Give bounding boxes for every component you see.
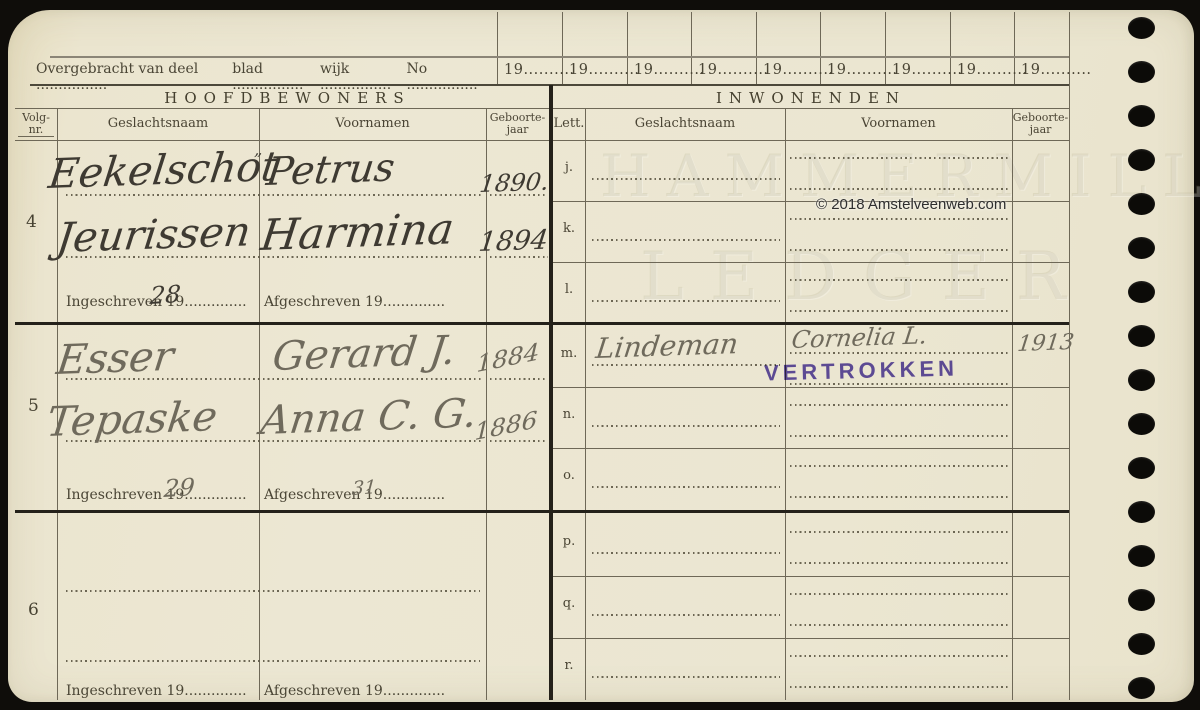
year-cell: 19.......... xyxy=(892,62,963,78)
surname-dotted-line xyxy=(592,614,780,616)
letter-label: n. xyxy=(556,407,582,422)
punch-hole xyxy=(1128,501,1155,523)
firstnames-dotted-line xyxy=(790,624,1008,626)
birthyear-handwritten: 1894 xyxy=(477,225,550,258)
surname-dotted-line xyxy=(592,425,780,427)
letter-label: q. xyxy=(556,596,582,611)
afgeschreven-line: Afgeschreven 19.............. xyxy=(264,683,445,699)
firstnames-dotted-line xyxy=(790,157,1008,159)
letter-label: k. xyxy=(556,221,582,236)
surname-dotted-line xyxy=(592,676,780,678)
year-cell: 19.......... xyxy=(504,62,575,78)
column-header-geboortejaar-right: Geboorte- jaar xyxy=(1012,112,1069,137)
column-line xyxy=(1012,108,1013,700)
year-cell: 19.......... xyxy=(1021,62,1092,78)
geboortejaar-line2: jaar xyxy=(486,124,549,136)
section-divider xyxy=(549,85,553,700)
ingeschreven-line: Ingeschreven 19.............. xyxy=(66,683,247,699)
afgeschreven-line: Afgeschreven 19.............. xyxy=(264,294,445,310)
column-header-geslachtsnaam-right: Geslachtsnaam xyxy=(585,117,785,132)
entry-dotted-line xyxy=(490,378,546,380)
year-cell: 19.......... xyxy=(827,62,898,78)
firstnames-dotted-line xyxy=(790,218,1008,220)
column-header-voornamen-right: Voornamen xyxy=(785,117,1012,132)
punch-hole xyxy=(1128,413,1155,435)
letter-label: j. xyxy=(556,160,582,175)
column-header-geboortejaar-left: Geboorte- jaar xyxy=(486,112,549,137)
firstnames-handwritten: Harmina xyxy=(258,204,457,261)
section-title-inwonenden: INWONENDEN xyxy=(553,89,1069,107)
firstnames-handwritten: Gerard J. xyxy=(270,328,458,380)
birthyear-handwritten: 1890. xyxy=(478,168,551,198)
year-cell: 19.......... xyxy=(763,62,834,78)
column-header-volgnr-line2: nr. xyxy=(15,124,57,136)
punch-hole xyxy=(1128,545,1155,567)
column-header-voornamen-left: Voornamen xyxy=(259,117,486,132)
surname-handwritten: Lindeman xyxy=(594,327,740,365)
title-underline xyxy=(15,108,549,109)
firstnames-dotted-line xyxy=(790,686,1008,688)
row-line xyxy=(553,262,1069,263)
title-underline xyxy=(553,108,1069,109)
column-line xyxy=(585,108,586,700)
afgeschreven-year-handwritten: 31 xyxy=(351,476,377,500)
firstnames-handwritten: Petrus xyxy=(264,146,397,195)
firstnames-handwritten: Cornelia L. xyxy=(790,321,929,354)
punch-hole xyxy=(1128,457,1155,479)
surname-handwritten: Jeurissen xyxy=(54,207,253,262)
firstnames-dotted-line xyxy=(790,465,1008,467)
volgnr-value: 5 xyxy=(28,396,39,416)
punch-hole xyxy=(1128,17,1155,39)
grid-line xyxy=(497,12,498,85)
column-header-geslachtsnaam-left: Geslachtsnaam xyxy=(57,117,259,132)
ingeschreven-dots: .............. xyxy=(184,294,246,310)
punch-hole xyxy=(1128,325,1155,347)
firstnames-handwritten: Anna C. G. xyxy=(258,391,480,444)
afgeschreven-label: Afgeschreven 19 xyxy=(264,683,383,699)
ingeschreven-year-handwritten: 28 xyxy=(149,280,182,310)
row-line xyxy=(553,576,1069,577)
firstnames-dotted-line xyxy=(790,593,1008,595)
grey-rule xyxy=(50,56,1069,58)
firstnames-dotted-line xyxy=(790,562,1008,564)
firstnames-dotted-line xyxy=(790,655,1008,657)
firstnames-dotted-line xyxy=(790,496,1008,498)
surname-handwritten: Eekelschot xyxy=(46,142,281,198)
volgnr-value: 6 xyxy=(28,600,39,620)
letter-label: r. xyxy=(556,658,582,673)
surname-dotted-line xyxy=(592,239,780,241)
record-separator xyxy=(15,510,1069,513)
afgeschreven-label: Afgeschreven 19 xyxy=(264,294,383,310)
entry-dotted-line xyxy=(66,660,480,662)
letter-label: p. xyxy=(556,534,582,549)
copyright-watermark: © 2018 Amstelveenweb.com xyxy=(816,196,1006,213)
table-right-border xyxy=(1069,12,1070,700)
firstnames-dotted-line xyxy=(790,435,1008,437)
punch-hole xyxy=(1128,589,1155,611)
firstnames-dotted-line xyxy=(790,279,1008,281)
row-line xyxy=(553,387,1069,388)
column-line xyxy=(259,108,260,700)
surname-dotted-line xyxy=(592,364,780,366)
ingeschreven-dots: .............. xyxy=(184,683,246,699)
punch-hole xyxy=(1128,281,1155,303)
punch-hole xyxy=(1128,105,1155,127)
punch-hole xyxy=(1128,677,1155,699)
column-header-lett: Lett. xyxy=(553,117,585,132)
afgeschreven-dots: .............. xyxy=(383,683,445,699)
column-header-volgnr: Volg- nr. xyxy=(15,112,57,137)
geboortejaar-line2: jaar xyxy=(1012,124,1069,136)
birthyear-handwritten: 1913 xyxy=(1016,330,1075,357)
scanned-register-card: HAMMERMILL LEDGER Overgebracht van deel … xyxy=(0,0,1200,710)
punch-hole xyxy=(1128,633,1155,655)
surname-dotted-line xyxy=(592,552,780,554)
column-line xyxy=(785,108,786,700)
surname-dotted-line xyxy=(592,300,780,302)
row-line xyxy=(553,448,1069,449)
ingeschreven-year-handwritten: 29 xyxy=(163,473,196,503)
year-cell: 19.......... xyxy=(698,62,769,78)
year-cell: 19.......... xyxy=(569,62,640,78)
ingeschreven-line: Ingeschreven 19.............. xyxy=(66,487,247,503)
letter-label: m. xyxy=(556,346,582,361)
letter-label: l. xyxy=(556,282,582,297)
volgnr-value: 4 xyxy=(26,212,37,232)
punch-hole xyxy=(1128,237,1155,259)
letter-label: o. xyxy=(556,468,582,483)
section-title-hoofdbewoners: HOOFDBEWONERS xyxy=(30,89,545,107)
afgeschreven-dots: .............. xyxy=(383,294,445,310)
afgeschreven-dots: .............. xyxy=(383,487,445,503)
vertrokken-stamp: VERTROKKEN xyxy=(764,355,959,386)
surname-handwritten: Tepaske xyxy=(44,392,220,446)
punch-hole xyxy=(1128,369,1155,391)
firstnames-dotted-line xyxy=(790,531,1008,533)
year-cell: 19.......... xyxy=(634,62,705,78)
surname-dotted-line xyxy=(592,486,780,488)
entry-dotted-line xyxy=(66,590,480,592)
punch-hole xyxy=(1128,149,1155,171)
firstnames-dotted-line xyxy=(790,404,1008,406)
ingeschreven-label: Ingeschreven 19 xyxy=(66,683,184,699)
surname-handwritten: Esser xyxy=(54,332,176,384)
punch-hole xyxy=(1128,61,1155,83)
year-cell: 19.......... xyxy=(957,62,1028,78)
surname-dotted-line xyxy=(592,178,780,180)
volgnr-underline xyxy=(18,136,54,137)
row-line xyxy=(553,638,1069,639)
firstnames-dotted-line xyxy=(790,188,1008,190)
firstnames-dotted-line xyxy=(790,310,1008,312)
header-bottom-rule xyxy=(15,140,1069,141)
punch-hole xyxy=(1128,193,1155,215)
firstnames-dotted-line xyxy=(790,249,1008,251)
